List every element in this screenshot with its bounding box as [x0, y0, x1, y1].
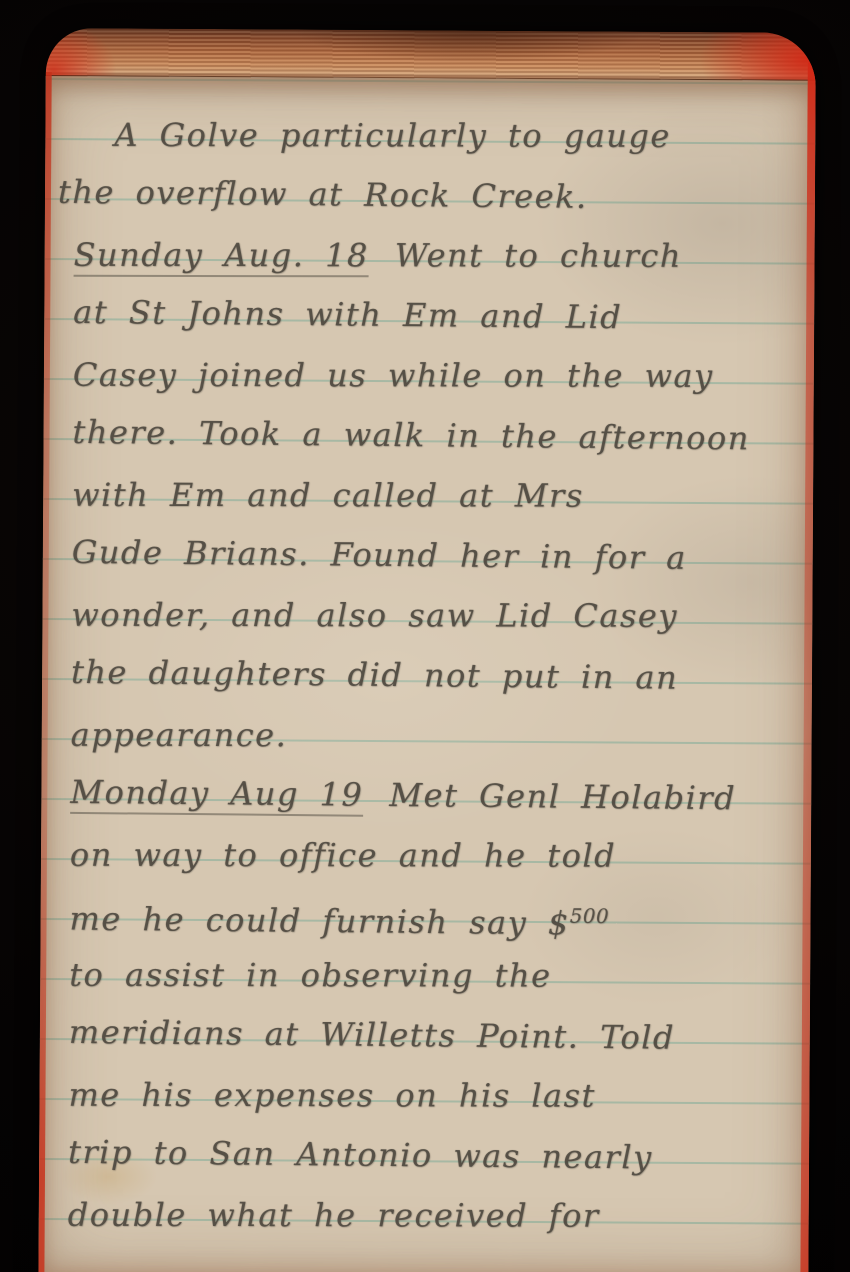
- handwriting-text: me he could furnish say $: [69, 900, 570, 943]
- entry-text: Met Genl Holabird: [389, 776, 736, 817]
- handwriting-line: wonder, and also saw Lid Casey: [71, 585, 804, 646]
- handwriting-line: appearance.: [71, 705, 804, 766]
- handwriting-line: me he could furnish say $500: [69, 882, 803, 949]
- entry-date-underlined: Sunday Aug. 18: [74, 236, 369, 278]
- dollar-amount-superscript: 500: [570, 905, 610, 928]
- handwriting-line: trip to San Antonio was nearly: [68, 1122, 802, 1189]
- handwriting-line-entry: Sunday Aug. 18Went to church: [74, 225, 807, 286]
- handwriting-line: the daughters did not put in an: [71, 642, 805, 709]
- handwriting-line: meridians at Willetts Point. Told: [69, 1002, 803, 1069]
- handwriting-line: the overflow at Rock Creek.: [58, 162, 808, 229]
- notebook: A Golve particularly to gauge the overfl…: [38, 28, 816, 1272]
- handwriting-line: double what he received for: [68, 1185, 801, 1246]
- entry-date-underlined: Monday Aug 19: [70, 773, 363, 817]
- handwriting-block: A Golve particularly to gauge the overfl…: [68, 103, 808, 1247]
- photograph-of-notebook: A Golve particularly to gauge the overfl…: [0, 0, 850, 1272]
- handwriting-line: Gude Brians. Found her in for a: [72, 522, 806, 589]
- handwriting-line: me his expenses on his last: [68, 1065, 801, 1126]
- notebook-page: A Golve particularly to gauge the overfl…: [38, 76, 815, 1272]
- handwriting-line: there. Took a walk in the afternoon: [72, 402, 806, 469]
- handwriting-line: with Em and called at Mrs: [72, 465, 805, 526]
- handwriting-line: to assist in observing the: [69, 945, 802, 1006]
- handwriting-line: A Golve particularly to gauge: [114, 105, 807, 166]
- handwriting-line: on way to office and he told: [70, 825, 803, 886]
- red-page-edges: [46, 28, 816, 83]
- handwriting-line-entry: Monday Aug 19Met Genl Holabird: [70, 762, 804, 829]
- handwriting-line: at St Johns with Em and Lid: [73, 282, 807, 349]
- entry-text: Went to church: [395, 236, 682, 275]
- handwriting-line: Casey joined us while on the way: [73, 345, 806, 406]
